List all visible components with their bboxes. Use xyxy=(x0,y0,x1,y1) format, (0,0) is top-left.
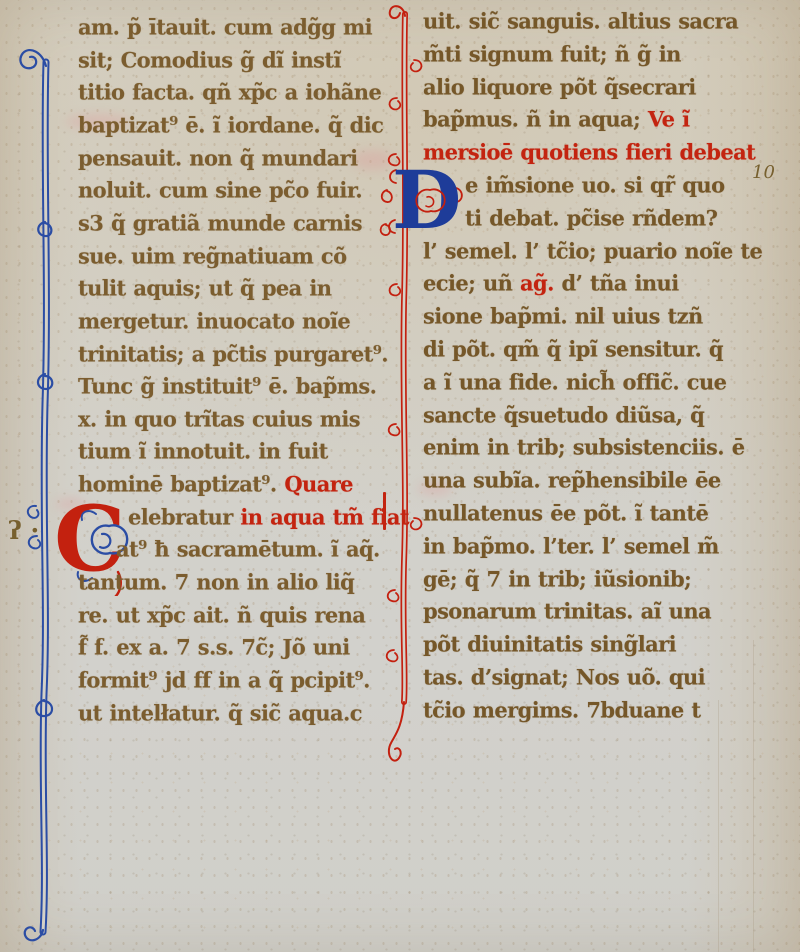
manuscript-line: at⁹ ħ sacramētum. ĩ aq̃. xyxy=(116,532,380,566)
manuscript-line: enim in trib; subsistenciis. ē xyxy=(423,430,744,464)
rubric-text: ag̃. xyxy=(520,269,554,295)
rubric-text: in aqua tm̃ fiat xyxy=(240,503,409,529)
initial-d-decorated: D xyxy=(386,158,468,244)
body-text: formit⁹ jd ff in a q̃ pcipit⁹. xyxy=(78,666,370,692)
manuscript-line: tc̃io mergims. 7bduane t xyxy=(423,693,700,727)
body-text: am. p̃ ītauit. cum adg̃g mi xyxy=(78,13,372,39)
manuscript-line: pensauit. non q̃ mundari xyxy=(78,141,357,175)
body-text: d’ tña inui xyxy=(554,269,679,295)
manuscript-line: gē; q̃ 7 in trib; iũsionib; xyxy=(423,562,691,596)
body-text: a ĩ una fide. nich̃ offic̃. cue xyxy=(423,368,726,394)
body-text: psonarum trinitas. aĩ una xyxy=(423,597,711,623)
manuscript-line: baptizat⁹ ē. ĩ iordane. q̃ dic xyxy=(78,108,383,142)
body-text: alio liquore põt q̃secrari xyxy=(423,73,696,99)
body-text: una subĩa. rep̃hensibile ēe xyxy=(423,466,721,492)
manuscript-photo: C D ʔ · 10 am. p̃ ītauit. cum adg̃g misi… xyxy=(0,0,800,952)
manuscript-line: sue. uim reg̃natiuam cõ xyxy=(78,239,347,273)
body-text: baptizat⁹ ē. ĩ iordane. q̃ dic xyxy=(78,111,383,137)
body-text: põt diuinitatis sing̃lari xyxy=(423,630,676,656)
manuscript-line: mersioē quotiens fieri debeat xyxy=(423,135,755,169)
manuscript-line: una subĩa. rep̃hensibile ēe xyxy=(423,463,721,497)
manuscript-line: tium ĩ innotuit. in fuit xyxy=(78,434,328,468)
body-text: ut intelłatur. q̃ sic̃ aqua.c xyxy=(78,699,362,725)
manuscript-line: sione bap̃mi. nil uius tzñ xyxy=(423,299,703,333)
manuscript-line: trinitatis; a pc̃tis purgaret⁹. xyxy=(78,337,388,371)
manuscript-line: ti debat. pc̃ise rñdem? xyxy=(465,201,717,235)
body-text: tulit aquis; ut q̃ pea in xyxy=(78,274,331,300)
body-text: tium ĩ innotuit. in fuit xyxy=(78,437,328,463)
manuscript-line: nullatenus ēe põt. ĩ tantē xyxy=(423,496,708,530)
body-text: in bap̃mo. l’ter. l’ semel m̃ xyxy=(423,532,719,558)
manuscript-line: põt diuinitatis sing̃lari xyxy=(423,627,676,661)
manuscript-line: m̃ti signum fuit; ñ g̃ in xyxy=(423,37,681,71)
body-text: at⁹ ħ sacramētum. ĩ aq̃. xyxy=(116,535,380,561)
body-text: ti debat. pc̃ise rñdem? xyxy=(465,204,717,230)
body-text: enim in trib; subsistenciis. ē xyxy=(423,433,744,459)
manuscript-line: noluit. cum sine pc̃o fuir. xyxy=(78,173,362,207)
body-text: sione bap̃mi. nil uius tzñ xyxy=(423,302,703,328)
folio-number: 10 xyxy=(752,162,775,183)
parchment-crease xyxy=(753,640,754,952)
body-text: x. in quo trĩtas cuius mis xyxy=(78,405,360,431)
body-text: nullatenus ēe põt. ĩ tantē xyxy=(423,499,708,525)
rubric-text: Quare xyxy=(284,470,353,496)
body-text: elebratur xyxy=(128,503,240,529)
rubric-text: mersioē quotiens fieri debeat xyxy=(423,138,755,164)
manuscript-line: formit⁹ jd ff in a q̃ pcipit⁹. xyxy=(78,663,370,697)
body-text: tantum. 7 non in alio liq̃ xyxy=(78,568,354,594)
initial-d-letter: D xyxy=(392,158,461,244)
body-text: sue. uim reg̃natiuam cõ xyxy=(78,242,347,268)
body-text: m̃ti signum fuit; ñ g̃ in xyxy=(423,40,681,66)
parchment-crease xyxy=(718,700,719,952)
body-text: sancte q̃suetudo diũsa, q̃ xyxy=(423,401,704,427)
manuscript-line: bap̃mus. ñ in aqua; Ve ĩ xyxy=(423,102,690,136)
manuscript-line: titio facta. qñ xp̃c a iohãne xyxy=(78,75,381,109)
margin-paragraph-mark: ʔ · xyxy=(8,516,39,545)
manuscript-line: tas. d’signat; Nos uõ. qui xyxy=(423,660,705,694)
body-text: re. ut xp̃c ait. ñ quis rena xyxy=(78,601,365,627)
body-text: noluit. cum sine pc̃o fuir. xyxy=(78,176,362,202)
manuscript-line: di põt. qm̃ q̃ ipĩ sensitur. q̃ xyxy=(423,332,723,366)
manuscript-line: sit; Comodius g̃ dĩ instĩ xyxy=(78,43,341,77)
manuscript-line: x. in quo trĩtas cuius mis xyxy=(78,402,360,436)
manuscript-line: ecie; uñ ag̃. d’ tña inui xyxy=(423,266,679,300)
manuscript-line: e im̃sione uo. si qr̃ quo xyxy=(465,168,724,202)
manuscript-line: re. ut xp̃c ait. ñ quis rena xyxy=(78,598,365,632)
manuscript-line: sancte q̃suetudo diũsa, q̃ xyxy=(423,398,704,432)
manuscript-line: tantum. 7 non in alio liq̃ xyxy=(78,565,354,599)
body-text: trinitatis; a pc̃tis purgaret⁹. xyxy=(78,340,388,366)
body-text: bap̃mus. ñ in aqua; xyxy=(423,105,648,131)
manuscript-line: hominē baptizat⁹. Quare xyxy=(78,467,353,501)
manuscript-line: mergetur. inuocato noĩe xyxy=(78,304,350,338)
manuscript-line: psonarum trinitas. aĩ una xyxy=(423,594,711,628)
body-text: pensauit. non q̃ mundari xyxy=(78,144,357,170)
manuscript-line: Tunc g̃ instituit⁹ ē. bap̃ms. xyxy=(78,369,376,403)
red-flourish-border xyxy=(376,2,430,796)
body-text: uit. sic̃ sanguis. altius sacra xyxy=(423,7,738,33)
body-text: tas. d’signat; Nos uõ. qui xyxy=(423,663,705,689)
body-text: e im̃sione uo. si qr̃ quo xyxy=(465,171,724,197)
rubric-text: Ve ĩ xyxy=(648,105,690,131)
manuscript-line: alio liquore põt q̃secrari xyxy=(423,70,696,104)
manuscript-line: f̃ f. ex a. 7 s.s. 7c̃; Jõ uni xyxy=(78,630,350,664)
body-text: Tunc g̃ instituit⁹ ē. bap̃ms. xyxy=(78,372,376,398)
manuscript-line: tulit aquis; ut q̃ pea in xyxy=(78,271,331,305)
body-text: ecie; uñ xyxy=(423,269,520,295)
manuscript-line: a ĩ una fide. nich̃ offic̃. cue xyxy=(423,365,726,399)
body-text: mergetur. inuocato noĩe xyxy=(78,307,350,333)
manuscript-line: elebratur in aqua tm̃ fiat xyxy=(128,500,409,534)
manuscript-line: uit. sic̃ sanguis. altius sacra xyxy=(423,4,738,38)
manuscript-line: s3 q̃ gratiã munde carnis xyxy=(78,206,362,240)
body-text: s3 q̃ gratiã munde carnis xyxy=(78,209,362,235)
manuscript-line: l’ semel. l’ tc̃io; puario noĩe te xyxy=(423,234,762,268)
body-text: f̃ f. ex a. 7 s.s. 7c̃; Jõ uni xyxy=(78,633,350,659)
body-text: titio facta. qñ xp̃c a iohãne xyxy=(78,78,381,104)
body-text: di põt. qm̃ q̃ ipĩ sensitur. q̃ xyxy=(423,335,723,361)
body-text: tc̃io mergims. 7bduane t xyxy=(423,696,700,722)
manuscript-line: ut intelłatur. q̃ sic̃ aqua.c xyxy=(78,696,362,730)
body-text: sit; Comodius g̃ dĩ instĩ xyxy=(78,46,341,72)
body-text: hominē baptizat⁹. xyxy=(78,470,284,496)
manuscript-line: am. p̃ ītauit. cum adg̃g mi xyxy=(78,10,372,44)
body-text: l’ semel. l’ tc̃io; puario noĩe te xyxy=(423,237,762,263)
manuscript-line: in bap̃mo. l’ter. l’ semel m̃ xyxy=(423,529,719,563)
body-text: gē; q̃ 7 in trib; iũsionib; xyxy=(423,565,691,591)
